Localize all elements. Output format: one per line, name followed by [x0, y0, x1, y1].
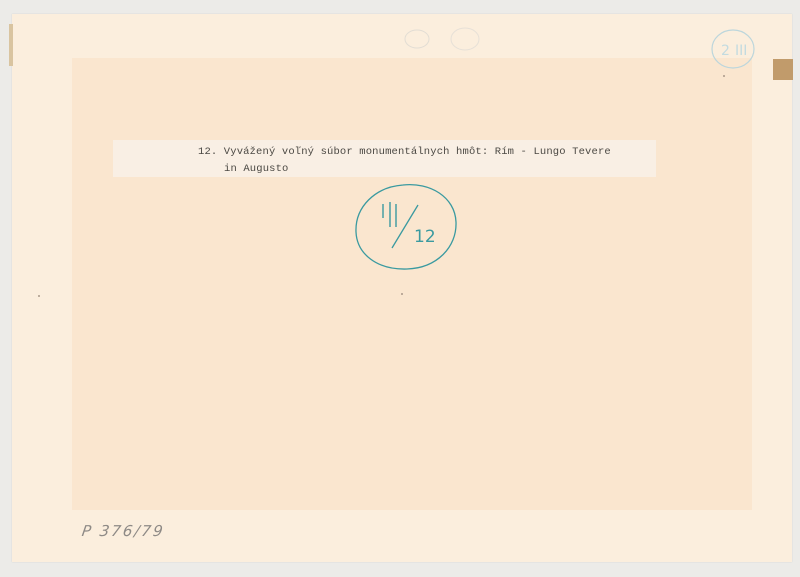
sheet-edge-shadow: [9, 24, 13, 66]
caption-line-2: in Augusto: [224, 163, 289, 175]
faded-pencil-marks-icon: [400, 25, 500, 55]
svg-text:2: 2: [721, 43, 730, 59]
caption-line-1: 12. Vyvážený voľný súbor monumentálnych …: [198, 146, 611, 158]
svg-text:III: III: [735, 43, 747, 59]
photo-mount-area: [72, 58, 752, 510]
catalog-number-circle-icon: 12: [355, 182, 457, 270]
pencil-inventory-number: P 376/79: [81, 522, 166, 540]
paper-speck: [38, 295, 40, 297]
adhesive-tape-piece: [773, 59, 793, 80]
paper-speck: [723, 75, 725, 77]
paper-speck: [401, 293, 403, 295]
faded-corner-stamp-icon: 2 III: [708, 25, 758, 73]
catalog-number-text: 12: [414, 227, 436, 247]
